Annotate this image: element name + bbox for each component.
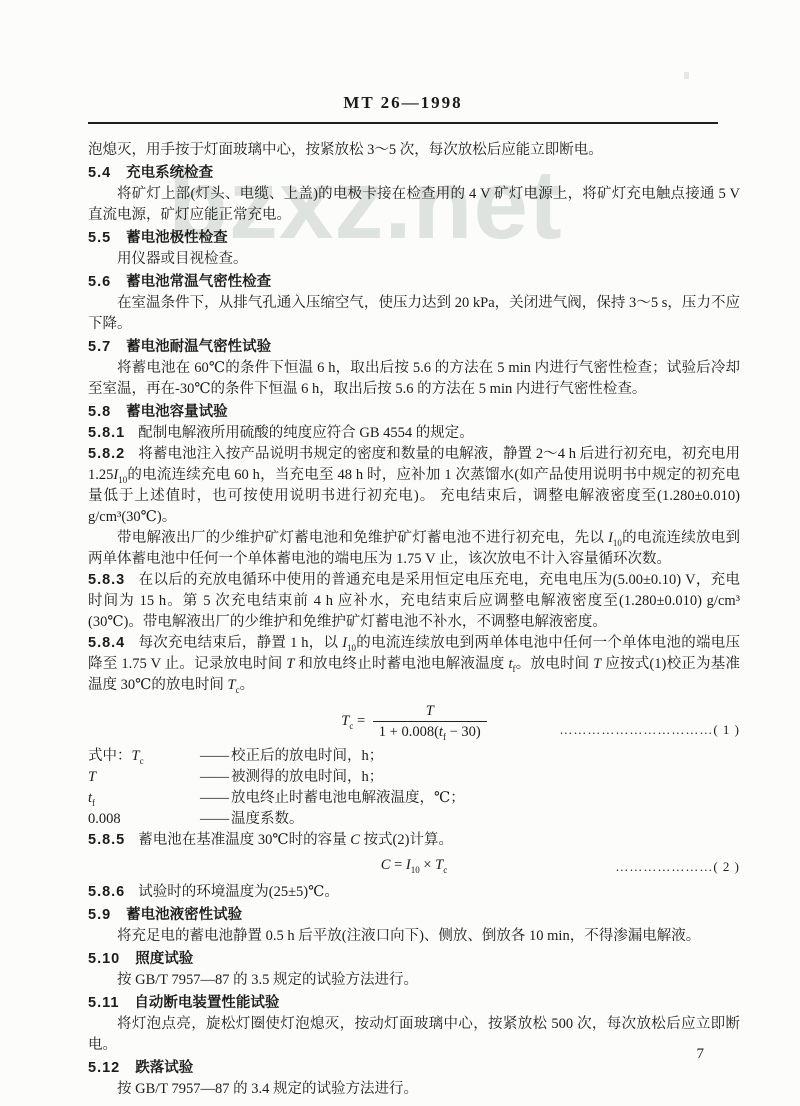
clause-title: 跌落试验	[135, 1060, 193, 1076]
document-page: bzxz.net MT 26—1998 泡熄灭，用手按于灯面玻璃中心，按紧放松 …	[0, 0, 800, 1106]
definition-Tc: 式中：Tc——校正后的放电时间，h；	[88, 746, 740, 767]
clause-paragraph-5-8-4: 5.8.4每次充电结束后，静置 1 h，以 I10的电流连续放电到两单体电池中任…	[88, 633, 740, 696]
scan-artifact	[684, 72, 689, 79]
definition-term: tf	[88, 788, 200, 809]
clause-paragraph: 按 GB/T 7957—87 的 3.5 规定的试验方法进行。	[88, 970, 740, 991]
clause-number: 5.5	[88, 230, 111, 246]
clause-paragraph: 在室温条件下，从排气孔通入压缩空气，使压力达到 20 kPa，关闭进气阀，保持 …	[88, 293, 740, 335]
clause-paragraph: 将灯泡点亮，旋松灯圈使灯泡熄灭，按动灯面玻璃中心，按紧放松 500 次，每次放松…	[88, 1014, 740, 1056]
clause-paragraph: 用仪器或目视检查。	[88, 249, 740, 270]
definition-text: 被测得的放电时间，h；	[229, 767, 740, 788]
formula-2: C = I10 × Tc …………………( 2 )	[88, 855, 740, 879]
standard-number-header: MT 26—1998	[88, 93, 718, 113]
definition-T: T——被测得的放电时间，h；	[88, 767, 740, 788]
definition-term: 式中：Tc	[88, 746, 200, 767]
formula-1-lhs: Tc =	[341, 713, 365, 729]
paragraph-continuation: 泡熄灭，用手按于灯面玻璃中心，按紧放松 3～5 次，每次放松后应能立即断电。	[88, 140, 740, 161]
clause-paragraph: 按 GB/T 7957—87 的 3.4 规定的试验方法进行。	[88, 1079, 740, 1100]
definition-text: 校正后的放电时间，h；	[229, 746, 740, 767]
clause-number: 5.8	[88, 404, 111, 420]
clause-paragraph-5-8-1: 5.8.1配制电解液所用硫酸的纯度应符合 GB 4554 的规定。	[88, 423, 740, 444]
clause-heading-5-4: 5.4充电系统检查	[88, 162, 740, 184]
clause-number: 5.6	[88, 274, 111, 290]
clause-title: 自动断电装置性能试验	[134, 995, 279, 1011]
definition-dash: ——	[200, 746, 229, 767]
definition-text: 放电终止时蓄电池电解液温度，℃；	[229, 788, 740, 809]
clause-title: 蓄电池液密性试验	[126, 907, 242, 923]
clause-number: 5.11	[88, 995, 119, 1011]
clause-title: 蓄电池容量试验	[126, 404, 228, 420]
clause-heading-5-12: 5.12跌落试验	[88, 1057, 740, 1079]
clause-paragraph: 将矿灯上部(灯头、电缆、上盖)的电极卡接在检查用的 4 V 矿灯电源上，将矿灯充…	[88, 184, 740, 226]
clause-text: 配制电解液所用硫酸的纯度应符合 GB 4554 的规定。	[138, 425, 474, 441]
clause-heading-5-9: 5.9蓄电池液密性试验	[88, 904, 740, 926]
clause-title: 充电系统检查	[126, 165, 213, 181]
document-content: 泡熄灭，用手按于灯面玻璃中心，按紧放松 3～5 次，每次放松后应能立即断电。 5…	[88, 140, 740, 1100]
clause-paragraph: 带电解液出厂的少维护矿灯蓄电池和免维护矿灯蓄电池不进行初充电，先以 I10的电流…	[88, 528, 740, 570]
definition-dash: ——	[200, 788, 229, 809]
clause-number: 5.4	[88, 165, 111, 181]
definition-dash: ——	[200, 767, 229, 788]
clause-heading-5-10: 5.10照度试验	[88, 948, 740, 970]
formula-1-fraction: T 1 + 0.008(tf − 30)	[373, 701, 487, 742]
clause-text: 蓄电池在基准温度 30℃时的容量 C 按式(2)计算。	[138, 832, 453, 848]
clause-number: 5.9	[88, 907, 111, 923]
clause-heading-5-5: 5.5蓄电池极性检查	[88, 227, 740, 249]
definition-tf: tf——放电终止时蓄电池电解液温度，℃；	[88, 788, 740, 809]
clause-paragraph-5-8-6: 5.8.6试验时的环境温度为(25±5)℃。	[88, 882, 740, 903]
clause-number: 5.8.1	[88, 425, 125, 441]
clause-number: 5.8.4	[88, 635, 125, 651]
formula-1-denominator: 1 + 0.008(tf − 30)	[373, 721, 487, 742]
definition-term: T	[88, 767, 200, 788]
clause-number: 5.12	[88, 1060, 120, 1076]
clause-paragraph-5-8-2: 5.8.2将蓄电池注入按产品说明书规定的密度和数量的电解液，静置 2～4 h 后…	[88, 444, 740, 528]
symbol-definitions: 式中：Tc——校正后的放电时间，h； T——被测得的放电时间，h； tf——放电…	[88, 746, 740, 830]
formula-1-numerator: T	[373, 701, 487, 721]
formula-1-number: ……………………………( 1 )	[559, 719, 740, 740]
formula-1: Tc = T 1 + 0.008(tf − 30) ……………………………( 1…	[88, 701, 740, 742]
clause-number: 5.10	[88, 951, 120, 967]
clause-paragraph: 将蓄电池在 60℃的条件下恒温 6 h，取出后按 5.6 的方法在 5 min …	[88, 358, 740, 400]
clause-heading-5-7: 5.7蓄电池耐温气密性试验	[88, 336, 740, 358]
formula-2-expression: C = I10 × Tc	[381, 855, 447, 876]
clause-paragraph: 将充足电的蓄电池静置 0.5 h 后平放(注液口向下)、侧放、倒放各 10 mi…	[88, 926, 740, 947]
clause-title: 蓄电池耐温气密性试验	[126, 339, 271, 355]
clause-title: 照度试验	[135, 951, 193, 967]
definition-dash: ——	[200, 809, 229, 830]
page-number: 7	[697, 1046, 705, 1063]
clause-paragraph-5-8-5: 5.8.5蓄电池在基准温度 30℃时的容量 C 按式(2)计算。	[88, 830, 740, 851]
clause-number: 5.7	[88, 339, 111, 355]
clause-heading-5-8: 5.8蓄电池容量试验	[88, 401, 740, 423]
clause-text: 每次充电结束后，静置 1 h，以 I10的电流连续放电到两单体电池中任何一个单体…	[88, 635, 740, 693]
clause-heading-5-6: 5.6蓄电池常温气密性检查	[88, 271, 740, 293]
clause-number: 5.8.3	[88, 572, 125, 588]
clause-text: 试验时的环境温度为(25±5)℃。	[138, 884, 339, 900]
clause-paragraph-5-8-3: 5.8.3在以后的充放电循环中使用的普通充电是采用恒定电压充电，充电电压为(5.…	[88, 570, 740, 633]
formula-2-number: …………………( 2 )	[615, 856, 740, 877]
header-rule	[88, 122, 718, 124]
clause-number: 5.8.6	[88, 884, 125, 900]
definition-term: 0.008	[88, 809, 200, 830]
formula-1-expression: Tc = T 1 + 0.008(tf − 30)	[341, 701, 486, 742]
clause-title: 蓄电池极性检查	[126, 230, 228, 246]
clause-text: 将蓄电池注入按产品说明书规定的密度和数量的电解液，静置 2～4 h 后进行初充电…	[88, 446, 740, 525]
clause-text: 在以后的充放电循环中使用的普通充电是采用恒定电压充电，充电电压为(5.00±0.…	[88, 572, 740, 630]
clause-title: 蓄电池常温气密性检查	[126, 274, 271, 290]
clause-number: 5.8.5	[88, 832, 125, 848]
clause-heading-5-11: 5.11自动断电装置性能试验	[88, 992, 740, 1014]
definition-text: 温度系数。	[229, 809, 740, 830]
clause-number: 5.8.2	[88, 446, 125, 462]
definition-coefficient: 0.008——温度系数。	[88, 809, 740, 830]
